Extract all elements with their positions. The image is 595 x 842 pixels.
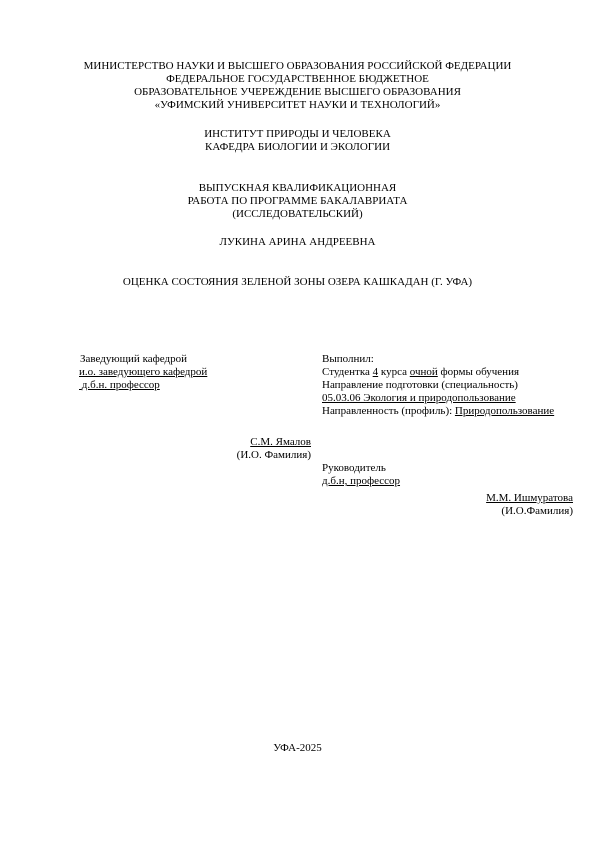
student-suffix: формы обучения: [438, 366, 519, 378]
study-form: очной: [410, 366, 438, 378]
direction-label: Направление подготовки (специальность): [322, 379, 518, 392]
supervisor-degree: д.б.н, профессор: [322, 475, 400, 488]
work-type-line: РАБОТА ПО ПРОГРАММЕ БАКАЛАВРИАТА: [0, 195, 595, 208]
profile-value: Природопользование: [455, 405, 554, 417]
work-type-block: ВЫПУСКНАЯ КВАЛИФИКАЦИОННАЯ РАБОТА ПО ПРО…: [0, 182, 595, 221]
author-block: ЛУКИНА АРИНА АНДРЕЕВНА: [0, 236, 595, 249]
head-name-hint: (И.О. Фамилия): [150, 449, 311, 462]
institute-block: ИНСТИТУТ ПРИРОДЫ И ЧЕЛОВЕКА КАФЕДРА БИОЛ…: [0, 128, 595, 154]
supervisor-label: Руководитель: [322, 462, 386, 475]
work-type-line: ВЫПУСКНАЯ КВАЛИФИКАЦИОННАЯ: [0, 182, 595, 195]
institute-name: ИНСТИТУТ ПРИРОДЫ И ЧЕЛОВЕКА: [0, 128, 595, 141]
student-info: Студентка 4 курса очной формы обучения: [322, 366, 519, 379]
head-name: С.М. Ямалов: [150, 436, 311, 449]
profile-line: Направленность (профиль): Природопользов…: [322, 405, 554, 418]
student-prefix: Студентка: [322, 366, 373, 378]
university-name: «УФИМСКИЙ УНИВЕРСИТЕТ НАУКИ И ТЕХНОЛОГИЙ…: [0, 99, 595, 112]
head-degree: д.б.н. профессор: [79, 379, 160, 392]
ministry-header: МИНИСТЕРСТВО НАУКИ И ВЫСШЕГО ОБРАЗОВАНИЯ…: [0, 60, 595, 112]
supervisor-name: М.М. Ишмуратова: [400, 492, 573, 505]
thesis-title-block: ОЦЕНКА СОСТОЯНИЯ ЗЕЛЕНОЙ ЗОНЫ ОЗЕРА КАШК…: [0, 276, 595, 289]
header-line: МИНИСТЕРСТВО НАУКИ И ВЫСШЕГО ОБРАЗОВАНИЯ…: [0, 60, 595, 73]
title-page: МИНИСТЕРСТВО НАУКИ И ВЫСШЕГО ОБРАЗОВАНИЯ…: [0, 0, 595, 842]
city-year: УФА-2025: [0, 742, 595, 755]
thesis-title: ОЦЕНКА СОСТОЯНИЯ ЗЕЛЕНОЙ ЗОНЫ ОЗЕРА КАШК…: [0, 276, 595, 289]
supervisor-name-hint: (И.О.Фамилия): [400, 505, 573, 518]
direction-value: 05.03.06 Экология и природопользование: [322, 392, 516, 405]
course-mid: курса: [378, 366, 410, 378]
author-name: ЛУКИНА АРИНА АНДРЕЕВНА: [0, 236, 595, 249]
department-name: КАФЕДРА БИОЛОГИИ И ЭКОЛОГИИ: [0, 141, 595, 154]
header-line: ФЕДЕРАЛЬНОЕ ГОСУДАРСТВЕННОЕ БЮДЖЕТНОЕ: [0, 73, 595, 86]
profile-label: Направленность (профиль):: [322, 405, 455, 417]
footer-block: УФА-2025: [0, 742, 595, 755]
head-position: и.о. заведующего кафедрой: [79, 366, 207, 379]
performed-label: Выполнил:: [322, 353, 374, 366]
head-degree-text: д.б.н. профессор: [82, 379, 160, 391]
header-line: ОБРАЗОВАТЕЛЬНОЕ УЧЕРЕЖДЕНИЕ ВЫСШЕГО ОБРА…: [0, 86, 595, 99]
head-label: Заведующий кафедрой: [80, 353, 187, 366]
work-type-line: (ИССЛЕДОВАТЕЛЬСКИЙ): [0, 208, 595, 221]
